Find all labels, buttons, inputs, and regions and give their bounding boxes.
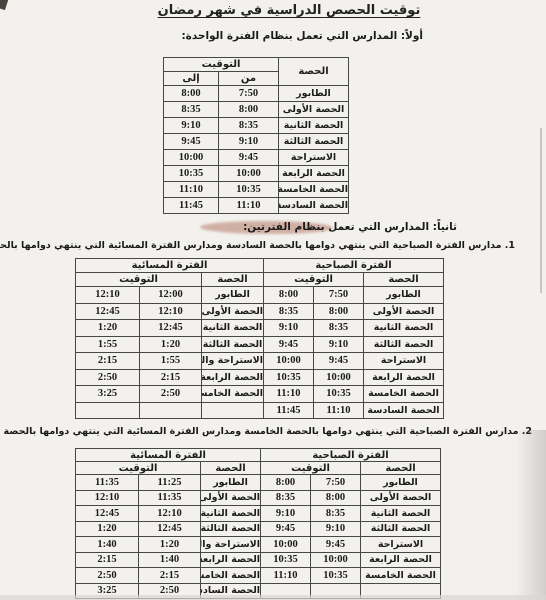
timing-column-header: التوقيت xyxy=(76,273,202,287)
period-cell: الحصة الثانية xyxy=(364,320,444,337)
table-row: الاستراحة9:4510:00 xyxy=(164,150,349,166)
table-row: الطابور7:508:00 xyxy=(264,287,444,304)
case1-evening-table: الفترة المسائية الحصة التوقيت الطابور12:… xyxy=(75,258,264,419)
time-from-cell xyxy=(140,402,202,419)
time-from-cell: 9:10 xyxy=(219,134,279,150)
table-row xyxy=(76,402,264,419)
time-to-cell: 11:45 xyxy=(164,198,219,214)
to-column-header: إلى xyxy=(164,72,219,86)
time-to-cell: 8:00 xyxy=(264,287,314,304)
time-to-cell: 3:25 xyxy=(76,386,140,403)
case-one-note: 1. مدارس الفترة الصباحية التي ينتهي دوام… xyxy=(0,240,515,251)
period-column-header: الحصة xyxy=(202,273,264,287)
period-cell: الاستراحة والصلاة xyxy=(201,537,261,553)
time-from-cell: 8:35 xyxy=(314,320,364,337)
period-cell: الطابور xyxy=(364,287,444,304)
time-to-cell: 2:50 xyxy=(76,369,140,386)
table-row: الحصة الثانية8:359:10 xyxy=(264,320,444,337)
period-cell: الاستراحة xyxy=(364,353,444,370)
time-from-cell: 1:20 xyxy=(140,336,202,353)
time-to-cell: 2:50 xyxy=(76,568,139,584)
period-cell: الحصة الأولى xyxy=(361,490,441,506)
period-column-header: الحصة xyxy=(279,58,349,86)
time-to-cell: 11:10 xyxy=(261,568,311,584)
time-from-cell: 8:35 xyxy=(219,118,279,134)
period-cell: الحصة الثالثة xyxy=(202,336,264,353)
table-row: الحصة الثالثة12:451:20 xyxy=(76,521,261,537)
period-cell: الحصة الرابعة xyxy=(361,552,441,568)
table-row: الطابور7:508:00 xyxy=(261,475,441,491)
time-to-cell: 1:40 xyxy=(76,537,139,553)
period-cell: الحصة الثانية xyxy=(201,506,261,522)
period-cell: الحصة الثالثة xyxy=(361,521,441,537)
table-header-row: الفترة الصباحية xyxy=(264,259,444,273)
table-row: الحصة الثالثة9:109:45 xyxy=(164,134,349,150)
table-row: الحصة الخامسة2:503:25 xyxy=(76,386,264,403)
time-to-cell: 10:00 xyxy=(264,353,314,370)
page-edge-line xyxy=(540,128,542,293)
table-row: الحصة الثالثة9:109:45 xyxy=(264,336,444,353)
time-to-cell: 8:00 xyxy=(261,475,311,491)
table-row: الاستراحة والصلاة1:201:40 xyxy=(76,537,261,553)
time-to-cell: 10:35 xyxy=(164,166,219,182)
table-subheader-row: الحصة التوقيت xyxy=(264,273,444,287)
section-two-heading: ثانياً: المدارس التي تعمل بنظام الفترتين… xyxy=(243,221,457,233)
time-from-cell: 11:25 xyxy=(139,475,201,491)
time-from-cell: 10:00 xyxy=(311,552,361,568)
period-cell: الحصة الخامسة xyxy=(202,386,264,403)
period-cell: الحصة الرابعة xyxy=(202,369,264,386)
time-to-cell: 12:45 xyxy=(76,303,140,320)
time-to-cell: 10:00 xyxy=(164,150,219,166)
time-from-cell: 7:50 xyxy=(314,287,364,304)
time-to-cell: 10:35 xyxy=(264,369,314,386)
time-from-cell: 9:45 xyxy=(311,537,361,553)
time-from-cell: 2:15 xyxy=(139,568,201,584)
time-to-cell: 1:55 xyxy=(76,336,140,353)
time-from-cell: 8:00 xyxy=(219,102,279,118)
period-cell: الحصة الأولى xyxy=(202,303,264,320)
table-row: الطابور12:0012:10 xyxy=(76,287,264,304)
period-cell: الحصة الثانية xyxy=(361,506,441,522)
time-from-cell: 7:50 xyxy=(219,86,279,102)
table-row: الطابور7:508:00 xyxy=(164,86,349,102)
period-cell: الحصة السادسة xyxy=(279,198,349,214)
period-cell: الحصة الثالثة xyxy=(279,134,349,150)
case2-morning-table: الفترة الصباحية الحصة التوقيت الطابور7:5… xyxy=(260,448,441,599)
time-from-cell: 1:55 xyxy=(140,353,202,370)
time-from-cell: 12:45 xyxy=(140,320,202,337)
time-to-cell: 8:35 xyxy=(261,490,311,506)
table-row: الاستراحة والصلاة1:552:15 xyxy=(76,353,264,370)
time-from-cell: 11:10 xyxy=(314,402,364,419)
period-cell: الحصة الرابعة xyxy=(364,369,444,386)
time-to-cell: 2:15 xyxy=(76,353,140,370)
time-from-cell: 8:35 xyxy=(311,506,361,522)
evening-shift-header: الفترة المسائية xyxy=(76,259,264,273)
time-from-cell: 2:50 xyxy=(140,386,202,403)
period-cell: الحصة الرابعة xyxy=(279,166,349,182)
time-from-cell: 10:35 xyxy=(311,568,361,584)
bottom-edge-shadow xyxy=(0,595,546,600)
table-row: الحصة الأولى8:008:35 xyxy=(261,490,441,506)
period-cell: الحصة الرابعة xyxy=(201,552,261,568)
time-to-cell: 12:10 xyxy=(76,287,140,304)
time-to-cell: 8:00 xyxy=(164,86,219,102)
time-to-cell: 12:10 xyxy=(76,490,139,506)
period-cell: الحصة الثانية xyxy=(279,118,349,134)
section-one-heading: أولاً: المدارس التي تعمل بنظام الفترة ال… xyxy=(181,30,423,42)
table-row: الحصة الخامسة10:3511:10 xyxy=(264,386,444,403)
table-row: الحصة الأولى11:3512:10 xyxy=(76,490,261,506)
time-from-cell: 11:35 xyxy=(139,490,201,506)
time-from-cell: 8:00 xyxy=(314,303,364,320)
case-two-note: 2. مدارس الفترة الصباحية التي ينتهي دوام… xyxy=(0,426,532,437)
table-row: الحصة الرابعة10:0010:35 xyxy=(261,552,441,568)
period-cell: الحصة الأولى xyxy=(364,303,444,320)
period-cell xyxy=(202,402,264,419)
period-cell: الطابور xyxy=(202,287,264,304)
time-from-cell: 1:20 xyxy=(139,537,201,553)
time-to-cell: 1:20 xyxy=(76,521,139,537)
time-from-cell: 2:15 xyxy=(140,369,202,386)
period-cell: الحصة الخامسة xyxy=(279,182,349,198)
time-to-cell: 9:45 xyxy=(164,134,219,150)
time-from-cell: 9:10 xyxy=(314,336,364,353)
time-from-cell: 12:45 xyxy=(139,521,201,537)
table-row: الحصة السادسة11:1011:45 xyxy=(264,402,444,419)
table-row: الحصة الأولى8:008:35 xyxy=(264,303,444,320)
period-column-header: الحصة xyxy=(364,273,444,287)
period-cell: الحصة الخامسة xyxy=(201,568,261,584)
period-cell: الاستراحة xyxy=(361,537,441,553)
period-column-header: الحصة xyxy=(361,462,441,475)
time-to-cell: 9:45 xyxy=(261,521,311,537)
table-header-row: الفترة المسائية xyxy=(76,259,264,273)
table-header-row: الفترة الصباحية xyxy=(261,449,441,462)
from-column-header: من xyxy=(219,72,279,86)
time-to-cell: 9:10 xyxy=(261,506,311,522)
time-to-cell xyxy=(76,402,140,419)
time-to-cell: 8:35 xyxy=(264,303,314,320)
time-from-cell: 12:10 xyxy=(139,506,201,522)
period-cell: الطابور xyxy=(201,475,261,491)
time-to-cell: 9:45 xyxy=(264,336,314,353)
time-from-cell: 9:45 xyxy=(314,353,364,370)
scan-corner-mark xyxy=(0,0,9,10)
table-row: الحصة الرابعة10:0010:35 xyxy=(164,166,349,182)
table-row: الحصة الثانية12:451:20 xyxy=(76,320,264,337)
period-cell: الحصة السادسة xyxy=(364,402,444,419)
time-from-cell: 7:50 xyxy=(311,475,361,491)
single-shift-table: الحصة التوقيت من إلى الطابور7:508:00 الح… xyxy=(163,57,349,214)
table-header-row: الحصة التوقيت xyxy=(164,58,349,72)
time-to-cell: 11:35 xyxy=(76,475,139,491)
time-from-cell: 9:10 xyxy=(311,521,361,537)
time-to-cell: 11:10 xyxy=(164,182,219,198)
table-row: الحصة الثالثة1:201:55 xyxy=(76,336,264,353)
table-row: الحصة الرابعة1:402:15 xyxy=(76,552,261,568)
period-cell: الحصة الخامسة xyxy=(364,386,444,403)
time-from-cell: 11:10 xyxy=(219,198,279,214)
period-cell: الحصة الثالثة xyxy=(201,521,261,537)
period-cell: الحصة الثالثة xyxy=(364,336,444,353)
time-to-cell: 12:45 xyxy=(76,506,139,522)
table-row: الاستراحة9:4510:00 xyxy=(261,537,441,553)
time-to-cell: 9:10 xyxy=(264,320,314,337)
time-to-cell: 2:15 xyxy=(76,552,139,568)
timing-column-header: التوقيت xyxy=(164,58,279,72)
time-from-cell: 8:00 xyxy=(311,490,361,506)
table-row: الحصة الخامسة2:152:50 xyxy=(76,568,261,584)
time-to-cell: 8:35 xyxy=(164,102,219,118)
period-cell: الحصة الأولى xyxy=(279,102,349,118)
case1-morning-table: الفترة الصباحية الحصة التوقيت الطابور7:5… xyxy=(263,258,444,419)
time-to-cell: 11:45 xyxy=(264,402,314,419)
table-row: الحصة الخامسة10:3511:10 xyxy=(164,182,349,198)
timing-column-header: التوقيت xyxy=(261,462,361,475)
period-cell: الحصة الأولى xyxy=(201,490,261,506)
table-row: الحصة الرابعة10:0010:35 xyxy=(264,369,444,386)
morning-shift-header: الفترة الصباحية xyxy=(264,259,444,273)
time-from-cell: 10:35 xyxy=(219,182,279,198)
table-row: الحصة الخامسة10:3511:10 xyxy=(261,568,441,584)
timing-column-header: التوقيت xyxy=(264,273,364,287)
table-subheader-row: الحصة التوقيت xyxy=(261,462,441,475)
period-cell: الحصة الخامسة xyxy=(361,568,441,584)
time-to-cell: 10:35 xyxy=(261,552,311,568)
timing-column-header: التوقيت xyxy=(76,462,201,475)
table-subheader-row: الحصة التوقيت xyxy=(76,273,264,287)
time-to-cell: 1:20 xyxy=(76,320,140,337)
period-column-header: الحصة xyxy=(201,462,261,475)
time-from-cell: 12:00 xyxy=(140,287,202,304)
table-row: الحصة الرابعة2:152:50 xyxy=(76,369,264,386)
time-from-cell: 10:00 xyxy=(314,369,364,386)
table-row: الحصة الثانية8:359:10 xyxy=(164,118,349,134)
time-from-cell: 1:40 xyxy=(139,552,201,568)
table-row: الحصة الأولى8:008:35 xyxy=(164,102,349,118)
period-cell: الحصة الثانية xyxy=(202,320,264,337)
table-header-row: الفترة المسائية xyxy=(76,449,261,462)
table-subheader-row: الحصة التوقيت xyxy=(76,462,261,475)
case2-evening-table: الفترة المسائية الحصة التوقيت الطابور11:… xyxy=(75,448,261,599)
time-from-cell: 10:00 xyxy=(219,166,279,182)
time-to-cell: 9:10 xyxy=(164,118,219,134)
time-to-cell: 10:00 xyxy=(261,537,311,553)
time-from-cell: 9:45 xyxy=(219,150,279,166)
morning-shift-header: الفترة الصباحية xyxy=(261,449,441,462)
period-cell: الطابور xyxy=(361,475,441,491)
table-row: الحصة الأولى12:1012:45 xyxy=(76,303,264,320)
page-edge-shadow xyxy=(516,430,546,600)
period-cell: الطابور xyxy=(279,86,349,102)
table-row: الحصة السادسة11:1011:45 xyxy=(164,198,349,214)
page-title: توقيت الحصص الدراسية في شهر رمضان xyxy=(150,3,428,18)
table-row: الاستراحة9:4510:00 xyxy=(264,353,444,370)
table-row: الحصة الثانية8:359:10 xyxy=(261,506,441,522)
table-row: الحصة الثانية12:1012:45 xyxy=(76,506,261,522)
evening-shift-header: الفترة المسائية xyxy=(76,449,261,462)
time-from-cell: 12:10 xyxy=(140,303,202,320)
table-row: الحصة الثالثة9:109:45 xyxy=(261,521,441,537)
period-cell: الاستراحة والصلاة xyxy=(202,353,264,370)
period-cell: الاستراحة xyxy=(279,150,349,166)
time-from-cell: 10:35 xyxy=(314,386,364,403)
time-to-cell: 11:10 xyxy=(264,386,314,403)
table-row: الطابور11:2511:35 xyxy=(76,475,261,491)
